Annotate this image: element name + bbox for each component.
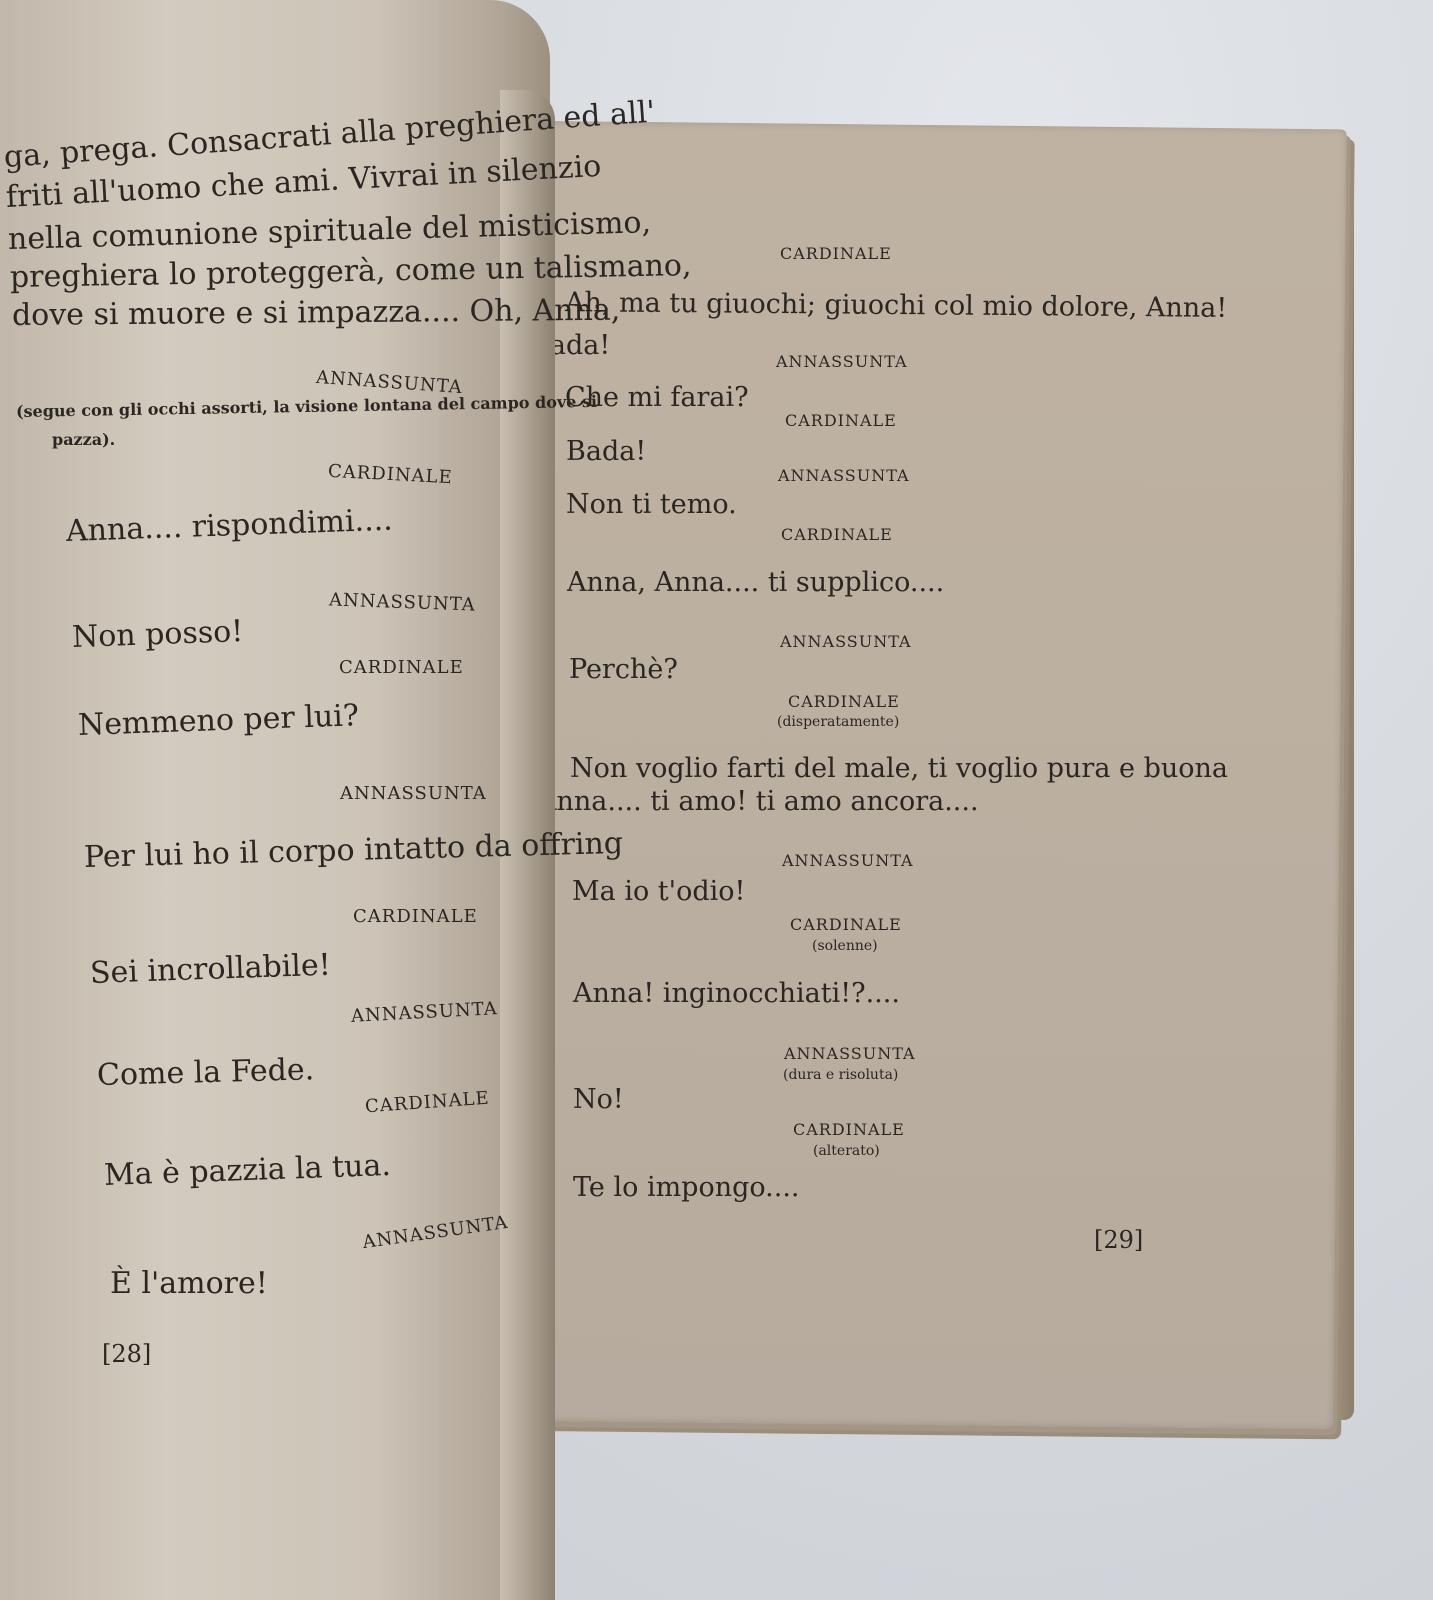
page-number: [28] [102, 1340, 151, 1368]
speaker-name: ANNASSUNTA [776, 352, 908, 371]
dialogue-line: Te lo impongo.... [573, 1172, 800, 1203]
dialogue-line: Non voglio farti del male, ti voglio pur… [570, 753, 1228, 784]
speaker-name: CARDINALE [353, 906, 478, 927]
speaker-name: CARDINALE [788, 692, 900, 711]
speaker-name: ANNASSUNTA [784, 1044, 916, 1063]
speaker-name: ANNASSUNTA [782, 851, 914, 870]
paragraph-line: dove si muore e si impazza.... Oh, Anna, [12, 293, 621, 333]
dialogue-line: Ah, ma tu giuochi; giuochi col mio dolor… [565, 287, 1227, 324]
dialogue-line: No! [573, 1084, 624, 1115]
speaker-name: ANNASSUNTA [780, 632, 912, 651]
dialogue-line: Non ti temo. [566, 489, 737, 520]
dialogue-line: Perchè? [569, 654, 678, 685]
dialogue-line: Anna! inginocchiati!?.... [573, 978, 900, 1009]
dialogue-line: Bada! [566, 436, 646, 467]
speaker-name: ANNASSUNTA [778, 466, 910, 485]
dialogue-line: Anna.... ti amo! ti amo ancora.... [537, 786, 979, 817]
speaker-name: CARDINALE [781, 525, 893, 544]
stage-direction: pazza). [52, 430, 115, 449]
speaker-name: CARDINALE [785, 411, 897, 430]
speaker-name: CARDINALE [780, 244, 892, 263]
speaker-name: CARDINALE [339, 657, 464, 678]
stage-direction: (solenne) [812, 938, 878, 954]
dialogue-line: Non posso! [71, 614, 243, 655]
stage-direction: (alterato) [813, 1143, 880, 1159]
speaker-name: CARDINALE [793, 1120, 905, 1139]
dialogue-line: È l'amore! [110, 1266, 268, 1301]
stage-direction: (dura e risoluta) [783, 1067, 898, 1083]
speaker-name: ANNASSUNTA [340, 783, 487, 804]
speaker-name: CARDINALE [790, 915, 902, 934]
dialogue-line: Come la Fede. [97, 1052, 315, 1093]
stage-direction: (disperatamente) [777, 714, 899, 730]
dialogue-line: Anna, Anna.... ti supplico.... [567, 567, 944, 598]
dialogue-line: Ma io t'odio! [572, 876, 745, 907]
page-number: [29] [1094, 1226, 1143, 1254]
